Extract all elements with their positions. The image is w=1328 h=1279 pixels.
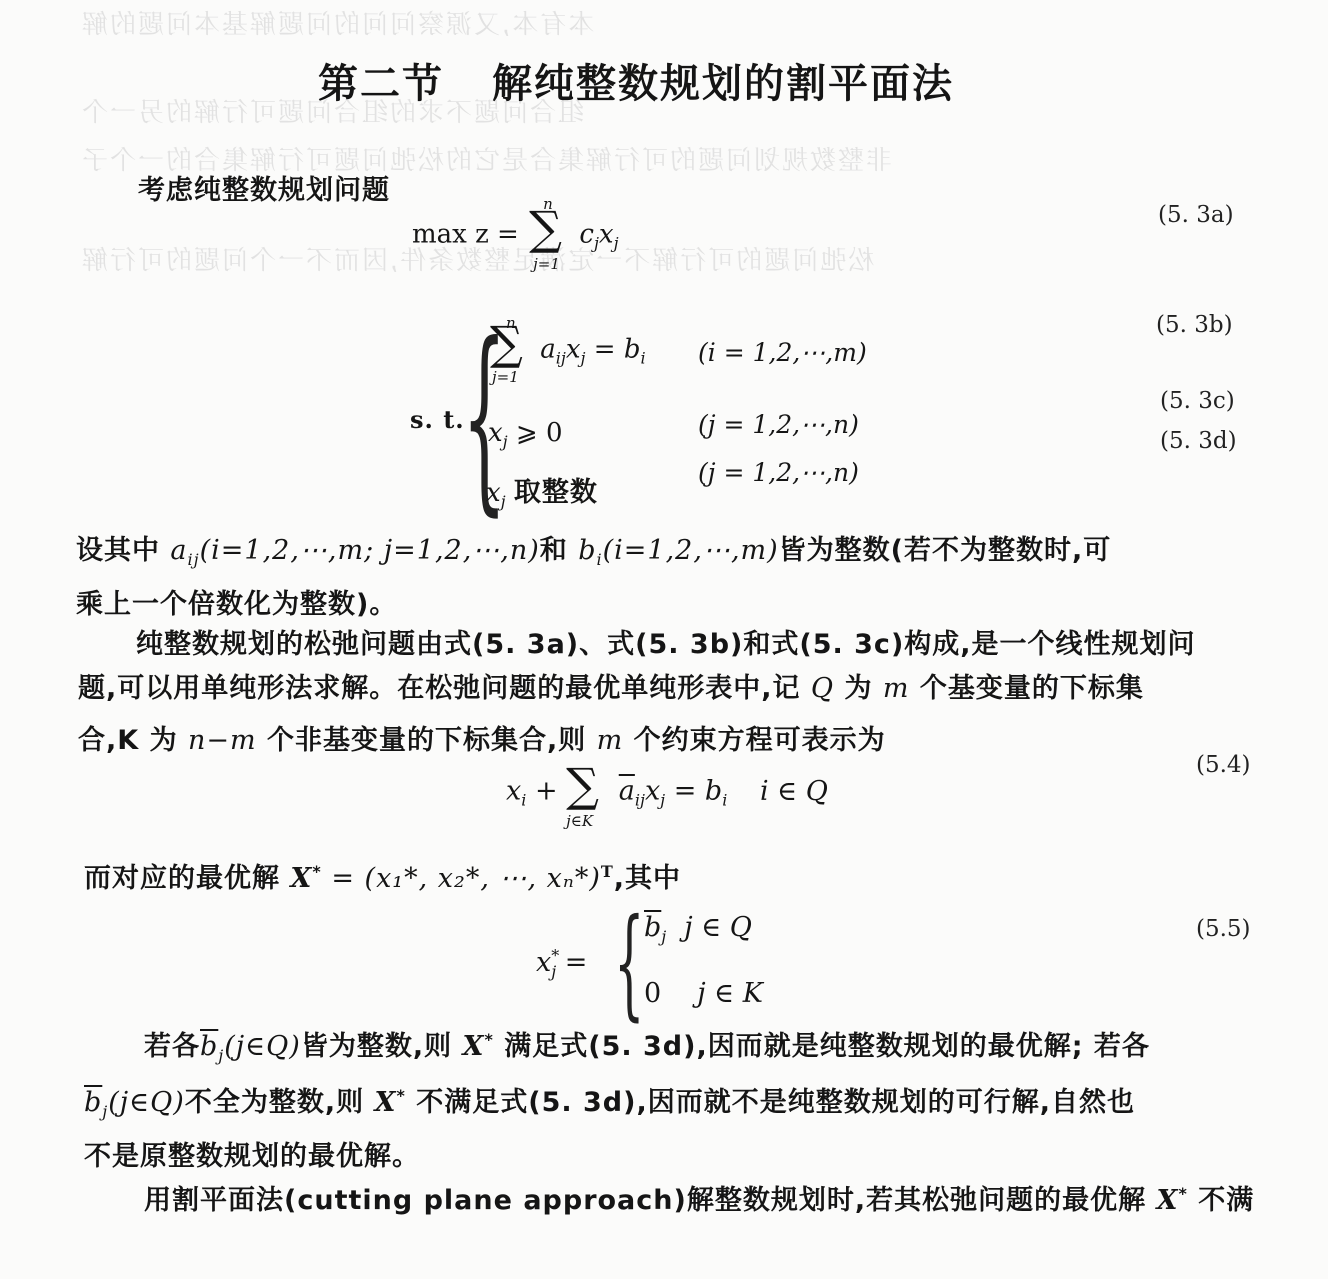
- paragraph-line: 设其中 aij(i=1,2,⋯,m; j=1,2,⋯,n)和 bi(i=1,2,…: [76, 528, 1111, 569]
- paragraph-line: 乘上一个倍数化为整数)。: [76, 582, 397, 621]
- paragraph-line: 不是原整数规划的最优解。: [84, 1134, 420, 1173]
- equation-number: (5.5): [1196, 916, 1251, 942]
- paragraph-line: 用割平面法(cutting plane approach)解整数规划时,若其松弛…: [144, 1178, 1254, 1217]
- constraint-range: (j = 1,2,⋯,n): [698, 458, 859, 487]
- section-heading: 解纯整数规划的割平面法: [492, 61, 954, 107]
- summation-symbol: n ∑ j=1: [490, 330, 532, 370]
- bleed-through-text: 本有本,又源察问问的问题解基本问题的解: [80, 4, 594, 41]
- constraint-row: xj ⩾ 0: [488, 418, 563, 451]
- equation-number: (5. 3b): [1156, 312, 1233, 338]
- equation-number: (5.4): [1196, 752, 1251, 778]
- equation-5-3a: max z = n ∑ j=1 cjxj: [412, 215, 619, 255]
- section-number: 第二节: [318, 61, 444, 107]
- constraint-row: n ∑ j=1 aijxj = bi: [490, 330, 646, 370]
- objective-lhs: max z =: [412, 220, 519, 250]
- case-row: 0j ∈ K: [644, 978, 763, 1009]
- constraint-range: (j = 1,2,⋯,n): [698, 410, 859, 439]
- summation-symbol: ∑ j∈K: [566, 772, 610, 812]
- constraint-range: (i = 1,2,⋯,m): [698, 338, 867, 367]
- constraint-row: xj 取整数: [486, 470, 598, 511]
- paragraph-line: 若各bj(j∈Q)皆为整数,则 X* 满足式(5. 3d),因而就是纯整数规划的…: [144, 1024, 1150, 1065]
- document-page: 本有本,又源察问问的问题解基本问题的解 组合问题不求的组合问题可行解的另一个 非…: [0, 0, 1328, 1279]
- intro-text: 考虑纯整数规划问题: [138, 168, 390, 207]
- equation-number: (5. 3c): [1160, 388, 1235, 414]
- paragraph-line: bj(j∈Q)不全为整数,则 X* 不满足式(5. 3d),因而就不是纯整数规划…: [84, 1080, 1135, 1121]
- paragraph-line: 题,可以用单纯形法求解。在松弛问题的最优单纯形表中,记 Q 为 m 个基变量的下…: [78, 666, 1144, 705]
- paragraph-line: 而对应的最优解 X* = (x₁*, x₂*, ⋯, xₙ*)T,其中: [84, 856, 681, 895]
- equation-5-4: xi + ∑ j∈K aijxj = bi i ∈ Q: [506, 772, 828, 812]
- summation-symbol: n ∑ j=1: [527, 215, 571, 255]
- case-row: bjj ∈ Q: [644, 912, 752, 946]
- equation-5-5-lhs: x*j =: [536, 946, 587, 981]
- section-title: 第二节解纯整数规划的割平面法: [318, 52, 954, 109]
- equation-number: (5. 3a): [1158, 202, 1234, 228]
- paragraph-line: 合,K 为 n−m 个非基变量的下标集合,则 m 个约束方程可表示为: [78, 718, 886, 757]
- subject-to-label: s. t.: [410, 405, 465, 434]
- left-brace: {: [614, 904, 645, 1024]
- equation-number: (5. 3d): [1160, 428, 1237, 454]
- paragraph-line: 纯整数规划的松弛问题由式(5. 3a)、式(5. 3b)和式(5. 3c)构成,…: [136, 622, 1196, 661]
